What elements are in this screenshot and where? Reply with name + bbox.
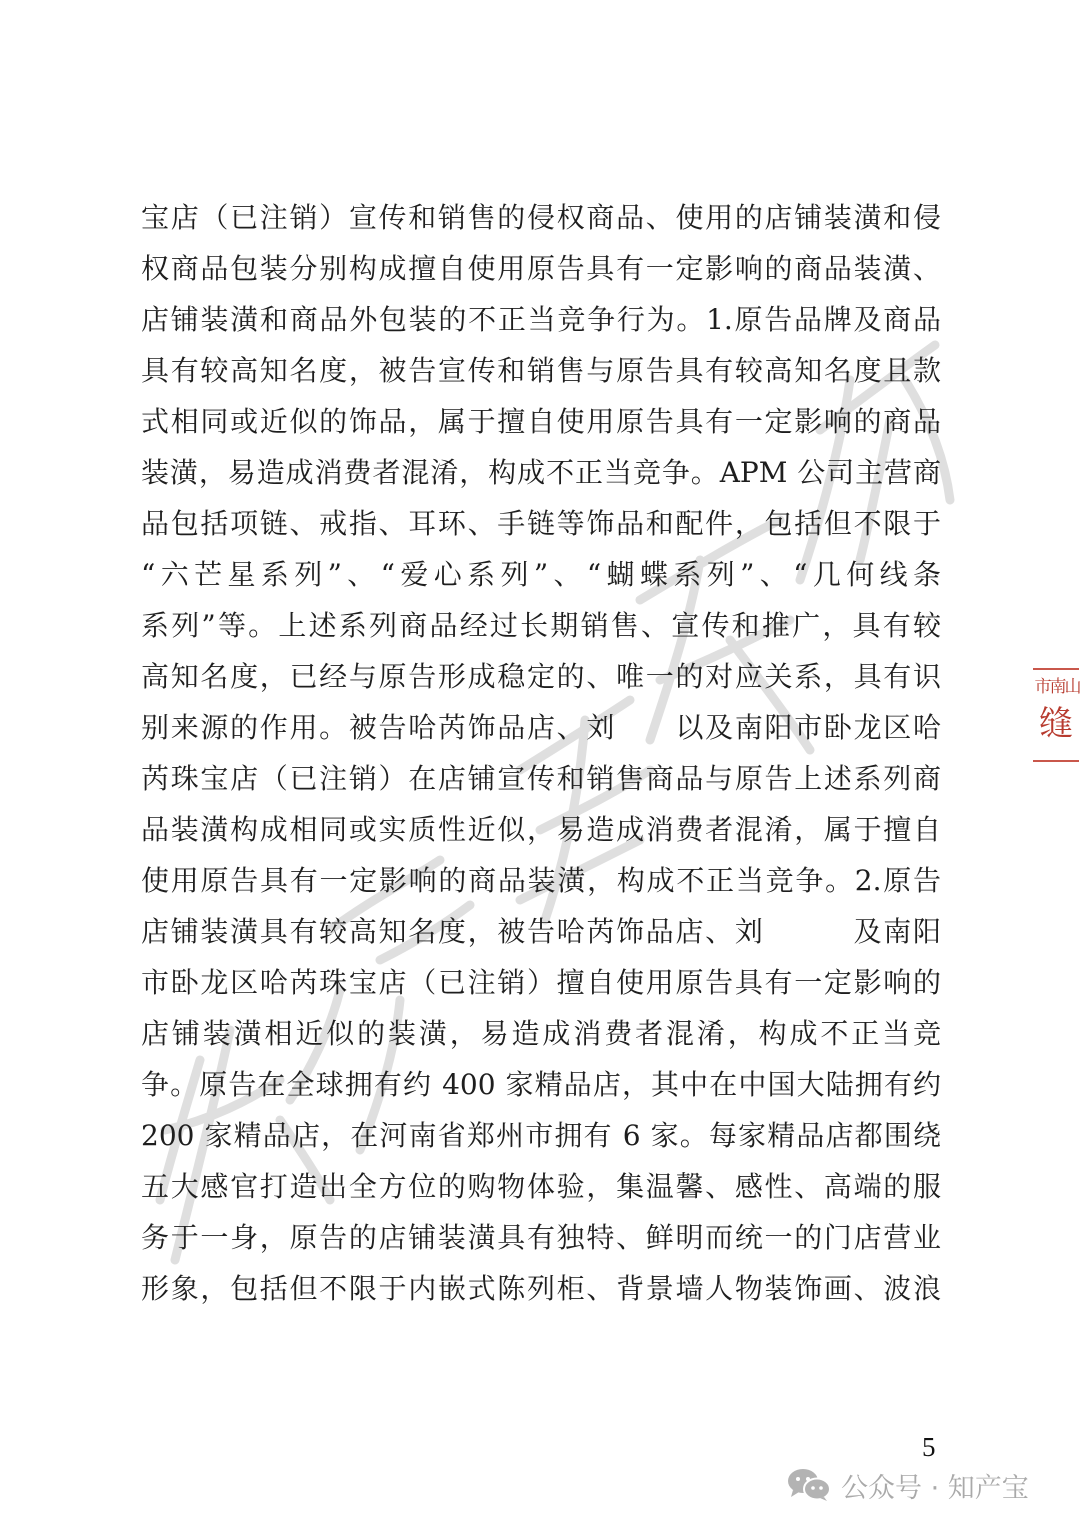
document-page: 宝店（已注销）宣传和销售的侵权商品、使用的店铺装潢和侵 权商品包装分别构成擅自使… <box>0 0 1080 1526</box>
page-number: 5 <box>922 1432 936 1463</box>
seal-top-text: 市南山 <box>1033 676 1080 698</box>
text-line: 店铺装潢具有较高知名度，被告哈芮饰品店、刘 及南阳 <box>141 906 941 957</box>
text-line: 高知名度，已经与原告形成稳定的、唯一的对应关系，具有识 <box>141 651 941 702</box>
text-line: 系列”等。上述系列商品经过长期销售、宣传和推广，具有较 <box>141 600 941 651</box>
seal-bottom-rule <box>1033 760 1079 762</box>
text-line: 店铺装潢和商品外包装的不正当竞争行为。1.原告品牌及商品 <box>141 294 941 345</box>
text-line: 式相同或近似的饰品，属于擅自使用原告具有一定影响的商品 <box>141 396 941 447</box>
text-line: 具有较高知名度，被告宣传和销售与原告具有较高知名度且款 <box>141 345 941 396</box>
text-line: 芮珠宝店（已注销）在店铺宣传和销售商品与原告上述系列商 <box>141 753 941 804</box>
text-line: 务于一身，原告的店铺装潢具有独特、鲜明而统一的门店营业 <box>141 1212 941 1263</box>
seal-top-rule <box>1033 668 1079 670</box>
text-line: 宝店（已注销）宣传和销售的侵权商品、使用的店铺装潢和侵 <box>141 192 941 243</box>
text-line: 形象，包括但不限于内嵌式陈列柜、背景墙人物装饰画、波浪 <box>141 1263 941 1314</box>
document-body: 宝店（已注销）宣传和销售的侵权商品、使用的店铺装潢和侵 权商品包装分别构成擅自使… <box>141 192 941 1314</box>
text-line: 别来源的作用。被告哈芮饰品店、刘 以及南阳市卧龙区哈 <box>141 702 941 753</box>
court-seal: 市南山 缝 <box>1031 666 1080 766</box>
text-line: 五大感官打造出全方位的购物体验，集温馨、感性、高端的服 <box>141 1161 941 1212</box>
wechat-account-label: 公众号 · 知产宝 <box>841 1466 1029 1505</box>
text-line: 市卧龙区哈芮珠宝店（已注销）擅自使用原告具有一定影响的 <box>141 957 941 1008</box>
seal-big-char: 缝 <box>1033 700 1079 748</box>
text-line: “六芒星系列”、“爱心系列”、“蝴蝶系列”、“几何线条 <box>141 549 941 600</box>
text-line: 争。原告在全球拥有约 400 家精品店，其中在中国大陆拥有约 <box>141 1059 941 1110</box>
text-line: 店铺装潢相近似的装潢，易造成消费者混淆，构成不正当竞 <box>141 1008 941 1059</box>
wechat-icon <box>787 1468 831 1502</box>
wechat-account-badge[interactable]: 公众号 · 知产宝 <box>787 1465 1029 1505</box>
text-line: 权商品包装分别构成擅自使用原告具有一定影响的商品装潢、 <box>141 243 941 294</box>
text-line: 品装潢构成相同或实质性近似，易造成消费者混淆，属于擅自 <box>141 804 941 855</box>
text-line: 品包括项链、戒指、耳环、手链等饰品和配件，包括但不限于 <box>141 498 941 549</box>
text-line: 200 家精品店，在河南省郑州市拥有 6 家。每家精品店都围绕 <box>141 1110 941 1161</box>
text-line: 装潢，易造成消费者混淆，构成不正当竞争。APM 公司主营商 <box>141 447 941 498</box>
text-line: 使用原告具有一定影响的商品装潢，构成不正当竞争。2.原告 <box>141 855 941 906</box>
